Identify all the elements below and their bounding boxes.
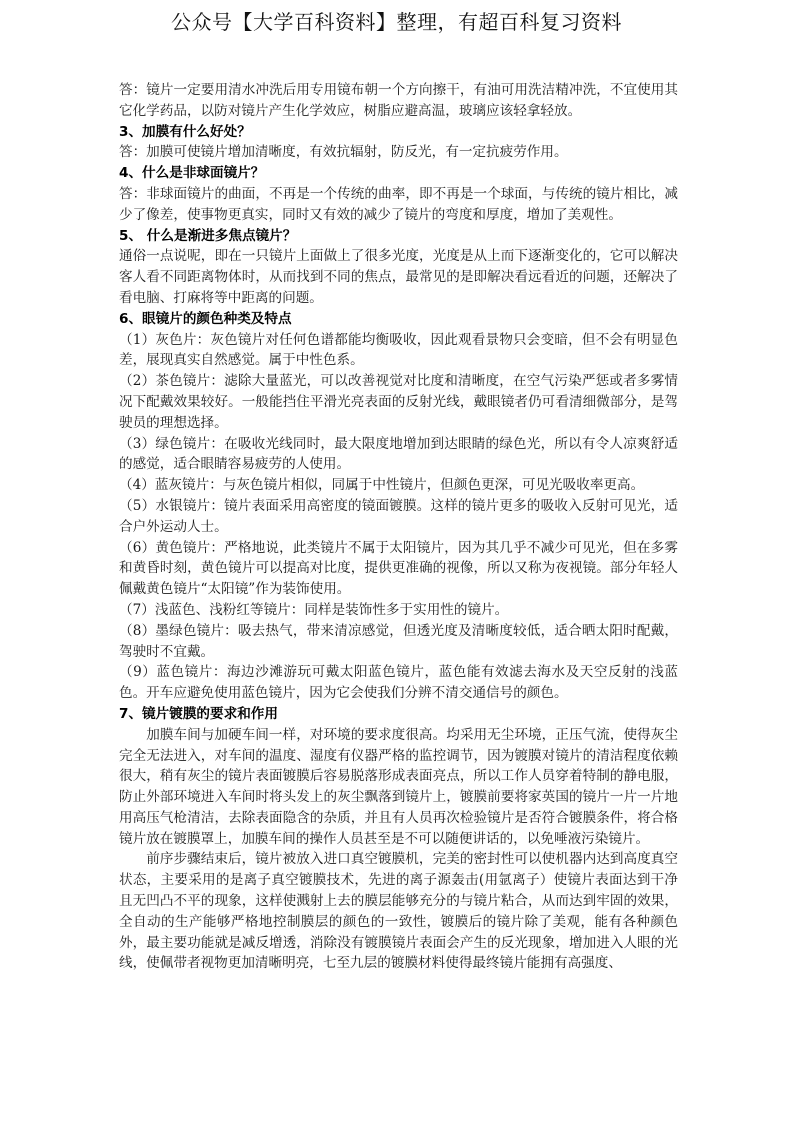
document-body: 答：镜片一定要用清水冲洗后用专用镜布朝一个方向擦干，有油可用洗洁精冲洗，不宜使用…: [119, 80, 678, 974]
section-progressive-lens: 5、 什么是渐进多焦点镜片？ 通俗一点说呢，即在一只镜片上面做上了很多光度，光度…: [119, 226, 678, 309]
intro-answer: 答：镜片一定要用清水冲洗后用专用镜布朝一个方向擦干，有油可用洗洁精冲洗，不宜使用…: [119, 80, 678, 122]
section-aspheric-lens: 4、什么是非球面镜片？ 答：非球面镜片的曲面，不再是一个传统的曲率，即不再是一个…: [119, 163, 678, 225]
list-item: （2）茶色镜片：滤除大量蓝光，可以改善视觉对比度和清晰度，在空气污染严惩或者多雾…: [119, 371, 678, 433]
section-heading: 5、 什么是渐进多焦点镜片？: [119, 226, 678, 247]
section-heading: 3、加膜有什么好处？: [119, 122, 678, 143]
list-item: （9）蓝色镜片：海边沙滩游玩可戴太阳蓝色镜片，蓝色能有效滤去海水及天空反射的浅蓝…: [119, 662, 678, 704]
section-lens-colors: 6、眼镜片的颜色种类及特点 （1）灰色片：灰色镜片对任何色谱都能均衡吸收，因此观…: [119, 309, 678, 704]
body-paragraph: 前序步骤结束后，镜片被放入进口真空镀膜机，完美的密封性可以使机器内达到高度真空状…: [119, 849, 678, 974]
list-item: （6）黄色镜片：严格地说，此类镜片不属于太阳镜片，因为其几乎不减少可见光，但在多…: [119, 538, 678, 600]
page-header: 公众号【大学百科资料】整理，有超百科复习资料: [0, 8, 793, 36]
section-heading: 6、眼镜片的颜色种类及特点: [119, 309, 678, 330]
section-heading: 4、什么是非球面镜片？: [119, 163, 678, 184]
section-answer: 答：加膜可使镜片增加清晰度，有效抗辐射，防反光，有一定抗疲劳作用。: [119, 142, 678, 163]
section-coating-requirements: 7、镜片镀膜的要求和作用 加膜车间与加硬车间一样，对环境的要求度很高。均采用无尘…: [119, 704, 678, 974]
body-paragraph: 加膜车间与加硬车间一样，对环境的要求度很高。均采用无尘环境，正压气流，使得灰尘完…: [119, 725, 678, 850]
header-title: 公众号【大学百科资料】整理，有超百科复习资料: [171, 10, 622, 34]
list-item: （8）墨绿色镜片：吸去热气，带来清凉感觉，但透光度及清晰度较低，适合晒太阳时配戴…: [119, 621, 678, 663]
section-heading: 7、镜片镀膜的要求和作用: [119, 704, 678, 725]
section-answer: 答：非球面镜片的曲面，不再是一个传统的曲率，即不再是一个球面，与传统的镜片相比，…: [119, 184, 678, 226]
list-item: （7）浅蓝色、浅粉红等镜片：同样是装饰性多于实用性的镜片。: [119, 600, 678, 621]
list-item: （1）灰色片：灰色镜片对任何色谱都能均衡吸收，因此观看景物只会变暗，但不会有明显…: [119, 330, 678, 372]
list-item: （5）水银镜片：镜片表面采用高密度的镜面镀膜。这样的镜片更多的吸收入反射可见光，…: [119, 496, 678, 538]
section-coating-benefits: 3、加膜有什么好处？ 答：加膜可使镜片增加清晰度，有效抗辐射，防反光，有一定抗疲…: [119, 122, 678, 164]
section-answer: 通俗一点说呢，即在一只镜片上面做上了很多光度，光度是从上而下逐渐变化的，它可以解…: [119, 246, 678, 308]
list-item: （4）蓝灰镜片：与灰色镜片相似，同属于中性镜片，但颜色更深，可见光吸收率更高。: [119, 475, 678, 496]
list-item: （3）绿色镜片：在吸收光线同时，最大限度地增加到达眼睛的绿色光，所以有令人凉爽舒…: [119, 434, 678, 476]
